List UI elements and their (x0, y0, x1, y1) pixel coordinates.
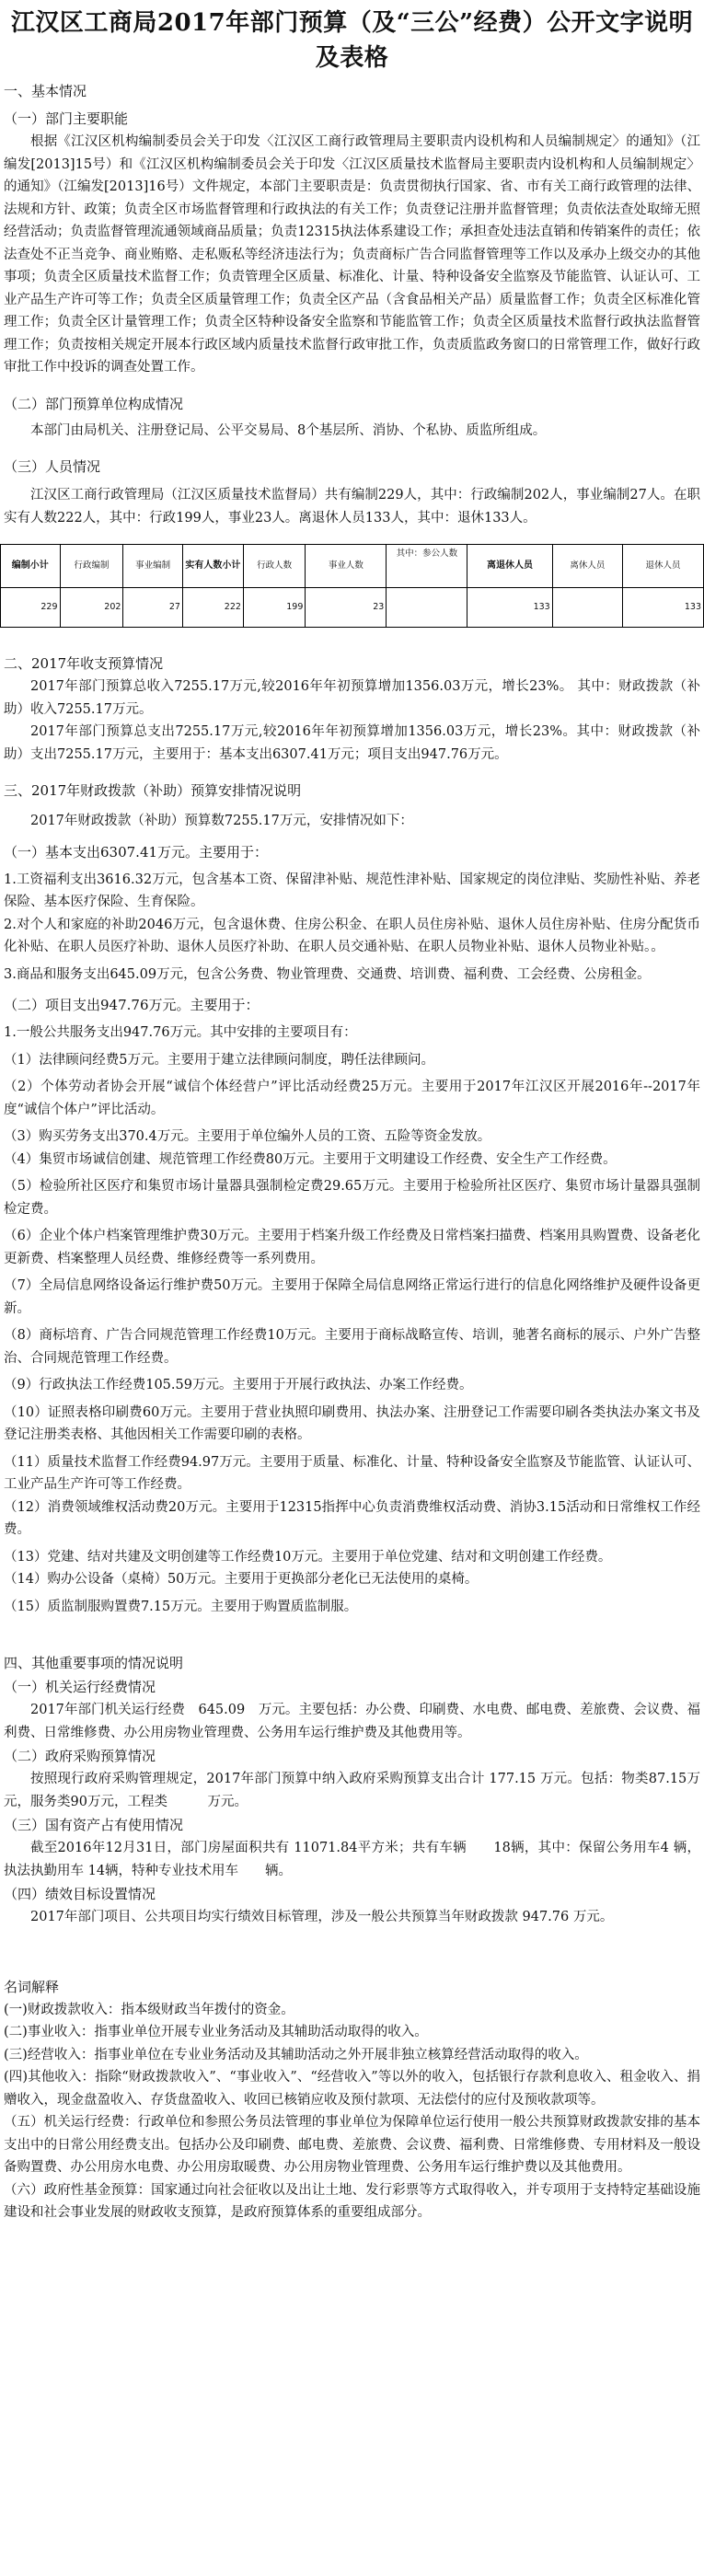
project-item: （15）质监制服购置费7.15万元。主要用于购置质监制服。 (4, 1596, 700, 1619)
staff-table-header: 离退休人员 (467, 545, 552, 588)
staff-table-cell: 202 (60, 588, 123, 628)
staff-table-cell: 23 (306, 588, 387, 628)
staff-table-cell: 199 (243, 588, 305, 628)
glossary-heading: 名词解释 (4, 1975, 700, 1999)
project-item: （8）商标培育、广告合同规范管理工作经费10万元。主要用于商标战略宣传、培训，驰… (4, 1324, 700, 1369)
section-1-sub3-text: 江汉区工商行政管理局（江汉区质量技术监督局）共有编制229人，其中：行政编制20… (4, 484, 700, 529)
glossary: 名词解释 (一)财政拨款收入：指本级财政当年拨付的资金。 (二)事业收入：指事业… (4, 1975, 700, 2224)
glossary-item: （六）政府性基金预算：国家通过向社会征收以及出让土地、发行彩票等方式取得收入，并… (4, 2179, 700, 2224)
staff-table-cell: 222 (182, 588, 243, 628)
section-1-sub1-text: 根据《江汉区机构编制委员会关于印发〈江汉区工商行政管理局主要职责内设机构和人员编… (4, 131, 700, 379)
project-item: （9）行政执法工作经费105.59万元。主要用于开展行政执法、办案工作经费。 (4, 1374, 700, 1397)
section-3-heading: 三、2017年财政拨款（补助）预算安排情况说明 (4, 779, 700, 803)
project-item: （4）集贸市场诚信创建、规范管理工作经费80万元。主要用于文明建设工作经费、安全… (4, 1149, 700, 1172)
project-item: （10）证照表格印刷费60万元。主要用于营业执照印刷费用、执法办案、注册登记工作… (4, 1402, 700, 1447)
document-title: 江汉区工商局2017年部门预算（及“三公”经费）公开文字说明及表格 (4, 0, 700, 75)
section-1-sub2-heading: （二）部门预算单位构成情况 (4, 392, 700, 416)
staff-table-header: 其中：参公人数 (387, 545, 467, 588)
project-item: （14）购办公设备（桌椅）50万元。主要用于更换部分老化已无法使用的桌椅。 (4, 1568, 700, 1591)
project-item: （7）全局信息网络设备运行维护费50万元。主要用于保障全局信息网络正常运行进行的… (4, 1275, 700, 1320)
staff-table-cell (552, 588, 622, 628)
project-item: （1）法律顾问经费5万元。主要用于建立法律顾问制度，聘任法律顾问。 (4, 1049, 700, 1072)
section-1-sub3-heading: （三）人员情况 (4, 455, 700, 479)
document-page: 江汉区工商局2017年部门预算（及“三公”经费）公开文字说明及表格 一、基本情况… (0, 0, 704, 2224)
staff-table-header: 编制小计 (1, 545, 61, 588)
basic-expense-item: 2.对个人和家庭的补助2046万元，包含退休费、住房公积金、在职人员住房补贴、退… (4, 914, 700, 959)
staff-table-cell (387, 588, 467, 628)
staff-table-cell: 133 (467, 588, 552, 628)
project-item: （6）企业个体户档案管理维护费30万元。主要用于档案升级工作经费及日常档案扫描费… (4, 1225, 700, 1270)
staff-table-header: 行政人数 (243, 545, 305, 588)
staff-table-cell: 229 (1, 588, 61, 628)
section-2-expense-text: 2017年部门预算总支出7255.17万元,较2016年年初预算增加1356.0… (4, 721, 700, 766)
section-4-sub1-text: 2017年部门机关运行经费 645.09 万元。主要包括：办公费、印刷费、水电费… (4, 1699, 700, 1744)
staff-table: 编制小计 行政编制 事业编制 实有人数小计 行政人数 事业人数 其中：参公人数 … (0, 544, 704, 628)
project-item: （13）党建、结对共建及文明创建等工作经费10万元。主要用于单位党建、结对和文明… (4, 1546, 700, 1569)
section-4-sub2-text: 按照现行政府采购管理规定，2017年部门预算中纳入政府采购预算支出合计 177.… (4, 1768, 700, 1813)
section-1-sub1-heading: （一）部门主要职能 (4, 107, 700, 131)
section-2-income-text: 2017年部门预算总收入7255.17万元,较2016年年初预算增加1356.0… (4, 676, 700, 721)
staff-table-header: 离休人员 (552, 545, 622, 588)
project-item: （12）消费领域维权活动费20万元。主要用于12315指挥中心负责消费维权活动费… (4, 1496, 700, 1542)
section-3-project-sub: 1.一般公共服务支出947.76万元。其中安排的主要项目有： (4, 1022, 700, 1045)
glossary-item: （五）机关运行经费：行政单位和参照公务员法管理的事业单位为保障单位运行使用一般公… (4, 2111, 700, 2179)
glossary-item: (一)财政拨款收入：指本级财政当年拨付的资金。 (4, 1999, 700, 2022)
project-item: （3）购买劳务支出370.4万元。主要用于单位编外人员的工资、五险等资金发放。 (4, 1126, 700, 1149)
section-2-heading: 二、2017年收支预算情况 (4, 652, 700, 676)
section-4-sub2-heading: （二）政府采购预算情况 (4, 1744, 700, 1768)
staff-table-header: 事业编制 (123, 545, 183, 588)
project-item: （5）检验所社区医疗和集贸市场计量器具强制检定费29.65万元。主要用于检验所社… (4, 1175, 700, 1220)
section-3-basic-heading: （一）基本支出6307.41万元。主要用于： (4, 840, 700, 864)
staff-table-cell: 133 (622, 588, 703, 628)
staff-table-header: 实有人数小计 (182, 545, 243, 588)
section-4-sub3-text: 截至2016年12月31日，部门房屋面积共有 11071.84平方米；共有车辆 … (4, 1837, 700, 1882)
glossary-item: (四)其他收入：指除“财政拨款收入”、“事业收入”、“经营收入”等以外的收入，包… (4, 2066, 700, 2111)
project-item: （11）质量技术监督工作经费94.97万元。主要用于质量、标准化、计量、特种设备… (4, 1451, 700, 1496)
section-4-heading: 四、其他重要事项的情况说明 (4, 1651, 700, 1675)
section-3-project-heading: （二）项目支出947.76万元。主要用于： (4, 993, 700, 1017)
staff-table-header: 行政编制 (60, 545, 123, 588)
staff-table-cell: 27 (123, 588, 183, 628)
section-4-sub4-text: 2017年部门项目、公共项目均实行绩效目标管理，涉及一般公共预算当年财政拨款 9… (4, 1906, 700, 1929)
staff-table-row: 229 202 27 222 199 23 133 133 (1, 588, 704, 628)
glossary-item: (二)事业收入：指事业单位开展专业业务活动及其辅助活动取得的收入。 (4, 2021, 700, 2044)
basic-expense-item: 3.商品和服务支出645.09万元，包含公务费、物业管理费、交通费、培训费、福利… (4, 964, 700, 987)
staff-table-header: 退休人员 (622, 545, 703, 588)
staff-table-header: 事业人数 (306, 545, 387, 588)
section-4-sub4-heading: （四）绩效目标设置情况 (4, 1882, 700, 1906)
project-item: （2）个体劳动者协会开展“诚信个体经营户”评比活动经费25万元。主要用于2017… (4, 1076, 700, 1121)
section-4-sub1-heading: （一）机关运行经费情况 (4, 1675, 700, 1699)
basic-expense-item: 1.工资福利支出3616.32万元，包含基本工资、保留津补贴、规范性津补贴、国家… (4, 869, 700, 914)
section-4-sub3-heading: （三）国有资产占有使用情况 (4, 1813, 700, 1837)
section-3-intro: 2017年财政拨款（补助）预算数7255.17万元，安排情况如下： (4, 810, 700, 833)
staff-table-header-row: 编制小计 行政编制 事业编制 实有人数小计 行政人数 事业人数 其中：参公人数 … (1, 545, 704, 588)
glossary-item: (三)经营收入：指事业单位在专业业务活动及其辅助活动之外开展非独立核算经营活动取… (4, 2044, 700, 2067)
section-1-heading: 一、基本情况 (4, 79, 700, 103)
section-1-sub2-text: 本部门由局机关、注册登记局、公平交易局、8个基层所、消协、个私协、质监所组成。 (4, 420, 700, 443)
